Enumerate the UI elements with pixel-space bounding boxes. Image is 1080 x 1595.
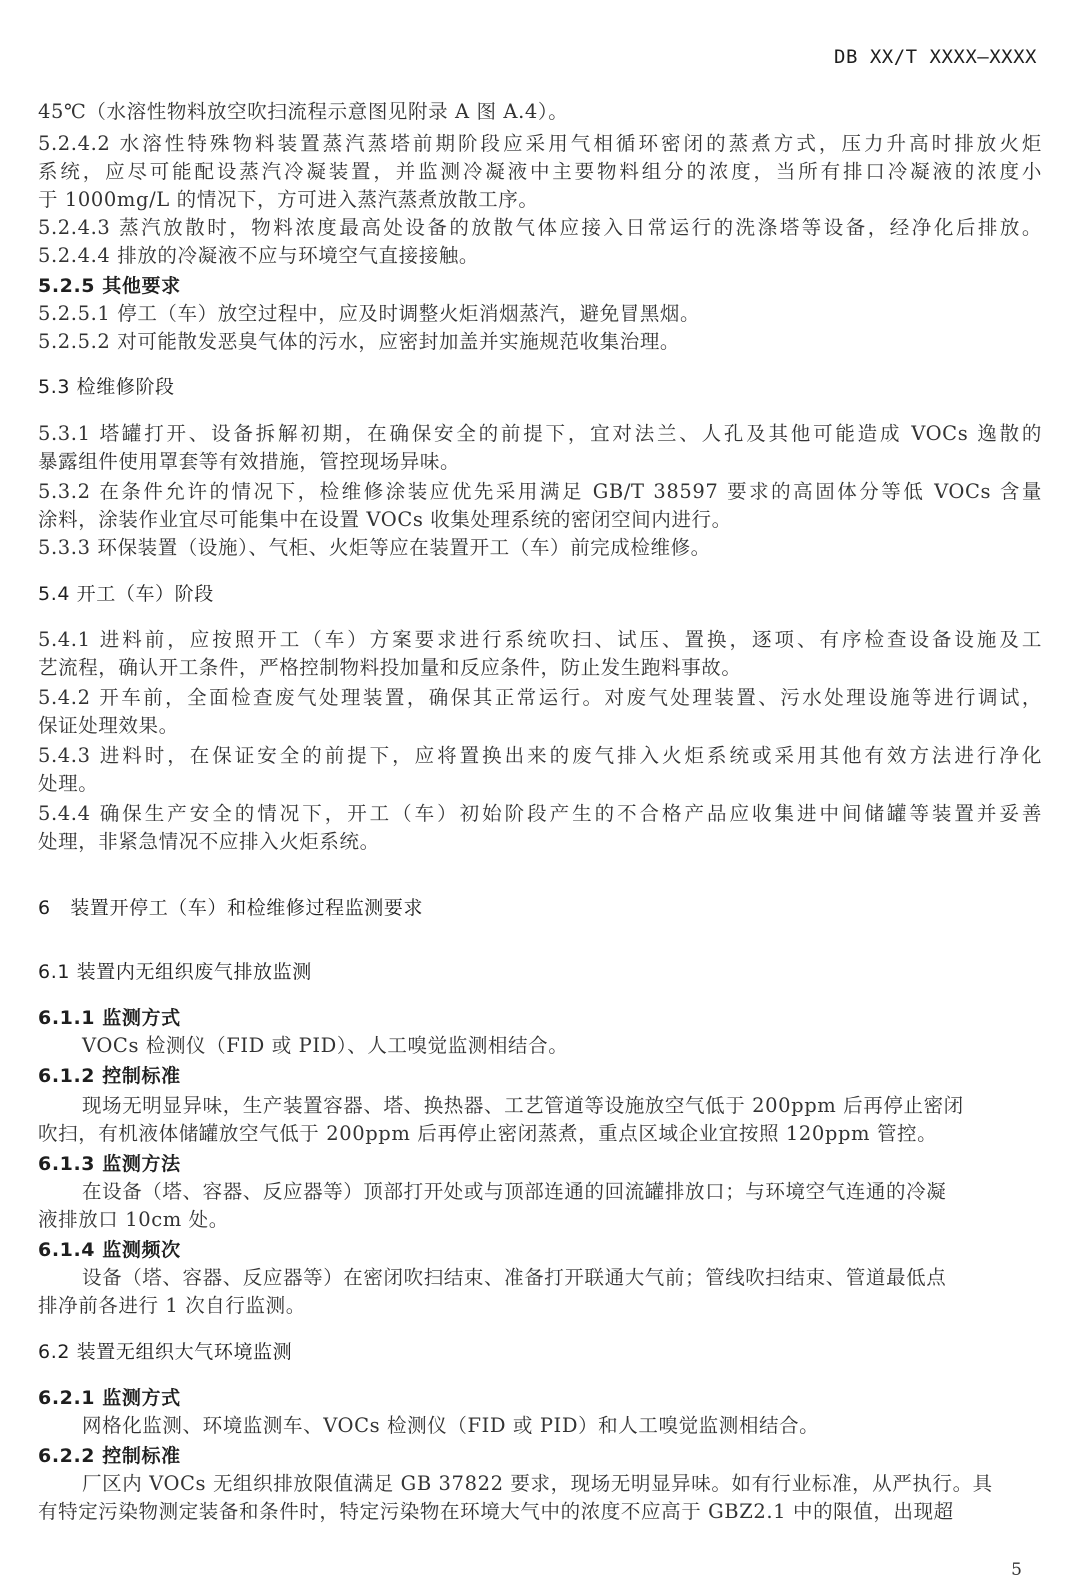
paragraph-line: 设备（塔、容器、反应器等）在密闭吹扫结束、准备打开联通大气前；管线吹扫结束、管道…: [82, 1264, 946, 1292]
section-heading: 6.1.3 监测方法: [38, 1150, 181, 1178]
paragraph-line: 在设备（塔、容器、反应器等）顶部打开处或与顶部连通的回流罐排放口；与环境空气连通…: [82, 1178, 946, 1206]
section-heading: 6 装置开停工（车）和检维修过程监测要求: [38, 894, 423, 922]
section-heading: 6.2.2 控制标准: [38, 1442, 181, 1470]
paragraph-line: 于 1000mg/L 的情况下，方可进入蒸汽蒸煮放散工序。: [38, 186, 538, 214]
paragraph-line: 现场无明显异味，生产装置容器、塔、换热器、工艺管道等设施放空气低于 200ppm…: [82, 1092, 964, 1120]
paragraph-line: 艺流程，确认开工条件，严格控制物料投加量和反应条件，防止发生跑料事故。: [38, 654, 742, 682]
section-heading: 5.3 检维修阶段: [38, 373, 175, 401]
section-heading: 6.1.4 监测频次: [38, 1236, 181, 1264]
document-code-header: DB XX/T XXXX—XXXX: [834, 46, 1037, 68]
paragraph-line: 5.4.1 进料前，应按照开工（车）方案要求进行系统吹扫、试压、置换，逐项、有序…: [38, 626, 1042, 654]
section-heading: 6.1 装置内无组织废气排放监测: [38, 958, 312, 986]
section-heading: 5.2.5 其他要求: [38, 272, 181, 300]
section-heading: 5.4 开工（车）阶段: [38, 580, 214, 608]
paragraph-line: 处理。: [38, 770, 98, 798]
paragraph-line: 暴露组件使用罩套等有效措施，管控现场异味。: [38, 448, 460, 476]
paragraph-line: 网格化监测、环境监测车、VOCs 检测仪（FID 或 PID）和人工嗅觉监测相结…: [82, 1412, 819, 1440]
paragraph-line: 5.3.3 环保装置（设施）、气柜、火炬等应在装置开工（车）前完成检维修。: [38, 534, 711, 562]
section-heading: 6.2 装置无组织大气环境监测: [38, 1338, 292, 1366]
paragraph-line: 有特定污染物测定装备和条件时，特定污染物在环境大气中的浓度不应高于 GBZ2.1…: [38, 1498, 954, 1526]
paragraph-line: 涂料，涂装作业宜尽可能集中在设置 VOCs 收集处理系统的密闭空间内进行。: [38, 506, 732, 534]
paragraph-line: 5.4.3 进料时，在保证安全的前提下，应将置换出来的废气排入火炬系统或采用其他…: [38, 742, 1042, 770]
document-page: DB XX/T XXXX—XXXX 45℃（水溶性物料放空吹扫流程示意图见附录 …: [0, 0, 1080, 1595]
paragraph-line: 5.2.5.2 对可能散发恶臭气体的污水，应密封加盖并实施规范收集治理。: [38, 328, 680, 356]
paragraph-line: 5.2.5.1 停工（车）放空过程中，应及时调整火炬消烟蒸汽，避免冒黑烟。: [38, 300, 700, 328]
paragraph-line: 排净前各进行 1 次自行监测。: [38, 1292, 306, 1320]
page-number: 5: [1011, 1560, 1022, 1580]
paragraph-line: 系统，应尽可能配设蒸汽冷凝装置，并监测冷凝液中主要物料组分的浓度，当所有排口冷凝…: [38, 158, 1042, 186]
paragraph-line: 5.2.4.2 水溶性特殊物料装置蒸汽蒸塔前期阶段应采用气相循环密闭的蒸煮方式，…: [38, 130, 1042, 158]
paragraph-line: 吹扫，有机液体储罐放空气低于 200ppm 后再停止密闭蒸煮，重点区域企业宜按照…: [38, 1120, 937, 1148]
paragraph-line: VOCs 检测仪（FID 或 PID）、人工嗅觉监测相结合。: [82, 1032, 568, 1060]
paragraph-line: 5.2.4.3 蒸汽放散时，物料浓度最高处设备的放散气体应接入日常运行的洗涤塔等…: [38, 214, 1042, 242]
paragraph-line: 5.2.4.4 排放的冷凝液不应与环境空气直接接触。: [38, 242, 479, 270]
paragraph-line: 液排放口 10cm 处。: [38, 1206, 229, 1234]
paragraph-line: 厂区内 VOCs 无组织排放限值满足 GB 37822 要求，现场无明显异味。如…: [82, 1470, 993, 1498]
paragraph-line: 5.4.2 开车前，全面检查废气处理装置，确保其正常运行。对废气处理装置、污水处…: [38, 684, 1042, 712]
paragraph-line: 5.3.2 在条件允许的情况下，检维修涂装应优先采用满足 GB/T 38597 …: [38, 478, 1042, 506]
section-heading: 6.2.1 监测方式: [38, 1384, 181, 1412]
paragraph-line: 处理，非紧急情况不应排入火炬系统。: [38, 828, 380, 856]
section-heading: 6.1.2 控制标准: [38, 1062, 181, 1090]
paragraph-line: 5.3.1 塔罐打开、设备拆解初期，在确保安全的前提下，宜对法兰、人孔及其他可能…: [38, 420, 1042, 448]
paragraph-line: 45℃（水溶性物料放空吹扫流程示意图见附录 A 图 A.4）。: [38, 98, 568, 126]
section-heading: 6.1.1 监测方式: [38, 1004, 181, 1032]
paragraph-line: 保证处理效果。: [38, 712, 179, 740]
paragraph-line: 5.4.4 确保生产安全的情况下，开工（车）初始阶段产生的不合格产品应收集进中间…: [38, 800, 1042, 828]
